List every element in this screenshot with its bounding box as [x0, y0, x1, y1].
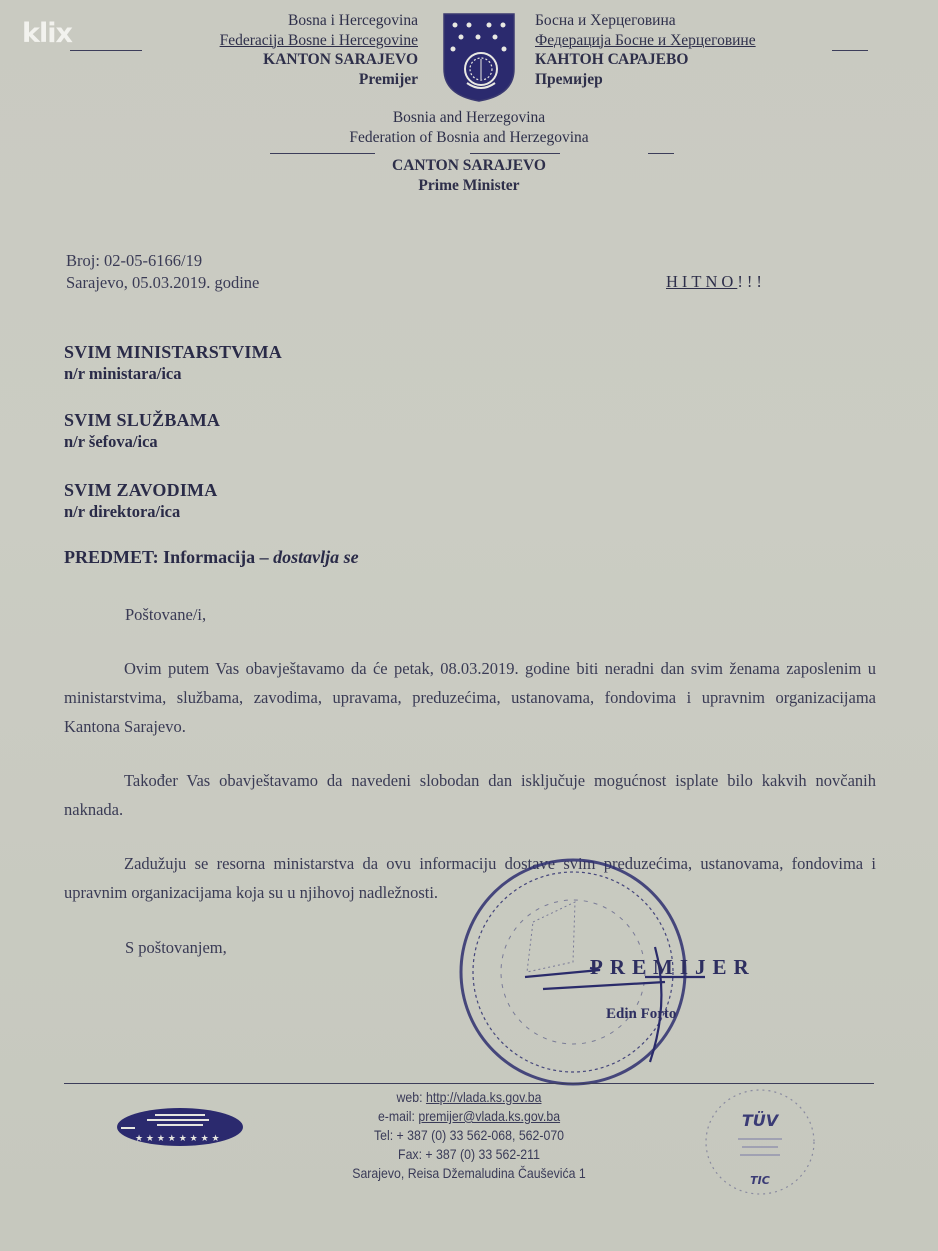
web-label: web:	[397, 1089, 423, 1105]
coat-of-arms-icon	[441, 11, 517, 103]
office-latin: Premijer	[220, 70, 418, 90]
svg-text:TIC: TIC	[750, 1174, 770, 1187]
header-rule-center-mid	[470, 153, 560, 154]
urgency-word: HITNO	[666, 272, 737, 291]
subject-text: Informacija –	[163, 547, 268, 567]
country-latin: Bosna i Hercegovina	[220, 11, 418, 31]
svg-text:TÜV: TÜV	[742, 1111, 780, 1130]
canton-cyrillic: КАНТОН САРАЈЕВО	[535, 50, 756, 70]
footer-rule	[64, 1083, 874, 1084]
signatory-name: Edin Forto	[606, 1006, 676, 1023]
document-reference: Broj: 02-05-6166/19 Sarajevo, 05.03.2019…	[66, 250, 259, 294]
letterhead-latin: Bosna i Hercegovina Federacija Bosne i H…	[220, 11, 418, 89]
canton-latin: KANTON SARAJEVO	[220, 50, 418, 70]
urgency-marks: !!!	[737, 272, 765, 291]
recipient-title: SVIM ZAVODIMA	[64, 479, 217, 501]
recipient-title: SVIM MINISTARSTVIMA	[64, 341, 282, 363]
recipient-attention: n/r direktora/ica	[64, 501, 217, 523]
recipient-institutes: SVIM ZAVODIMA n/r direktora/ica	[64, 479, 217, 523]
paragraph-1: Ovim putem Vas obavještavamo da će petak…	[64, 654, 876, 741]
header-rule-right	[832, 50, 868, 51]
federation-english: Federation of Bosnia and Herzegovina	[0, 128, 938, 148]
tuv-certification-stamp-icon: TÜV TIC	[700, 1086, 820, 1198]
recipient-ministries: SVIM MINISTARSTVIMA n/r ministara/ica	[64, 341, 282, 385]
canton-english: CANTON SARAJEVO	[0, 156, 938, 176]
paragraph-text: Također Vas obavještavamo da navedeni sl…	[64, 766, 876, 824]
klix-watermark: klix	[22, 18, 72, 49]
document-number: Broj: 02-05-6166/19	[66, 250, 259, 272]
federation-cyrillic: Федерација Босне и Херцеговине	[535, 31, 756, 51]
closing: S poštovanjem,	[125, 933, 227, 962]
country-english: Bosnia and Herzegovina	[0, 108, 938, 128]
recipient-services: SVIM SLUŽBAMA n/r šefova/ica	[64, 409, 220, 453]
header-rule-center-right	[648, 153, 674, 154]
email-label: e-mail:	[378, 1108, 415, 1124]
salutation: Poštovane/i,	[125, 600, 206, 629]
header-rule-left	[70, 50, 142, 51]
recipient-attention: n/r šefova/ica	[64, 431, 220, 453]
subject-line: PREDMET: Informacija – dostavlja se	[64, 547, 359, 568]
country-cyrillic: Босна и Херцеговина	[535, 11, 756, 31]
office-cyrillic: Премијер	[535, 70, 756, 90]
recipient-attention: n/r ministara/ica	[64, 363, 282, 385]
urgency-label: HITNO!!!	[666, 272, 766, 292]
header-rule-center-left	[270, 153, 375, 154]
signature-title: PREMIJER	[590, 955, 756, 980]
place-date: Sarajevo, 05.03.2019. godine	[66, 272, 259, 294]
recipient-title: SVIM SLUŽBAMA	[64, 409, 220, 431]
paragraph-text: Ovim putem Vas obavještavamo da će petak…	[64, 654, 876, 741]
letterhead-cyrillic: Босна и Херцеговина Федерација Босне и Х…	[535, 11, 756, 89]
web-link[interactable]: http://vlada.ks.gov.ba	[426, 1089, 542, 1105]
federation-latin: Federacija Bosne i Hercegovine	[220, 31, 418, 51]
subject-italic: dostavlja se	[273, 547, 359, 567]
paragraph-2: Također Vas obavještavamo da navedeni sl…	[64, 766, 876, 824]
email-link[interactable]: premijer@vlada.ks.gov.ba	[418, 1108, 560, 1124]
office-english: Prime Minister	[0, 176, 938, 196]
letterhead-english: Bosnia and Herzegovina Federation of Bos…	[0, 108, 938, 196]
subject-label: PREDMET:	[64, 547, 159, 567]
